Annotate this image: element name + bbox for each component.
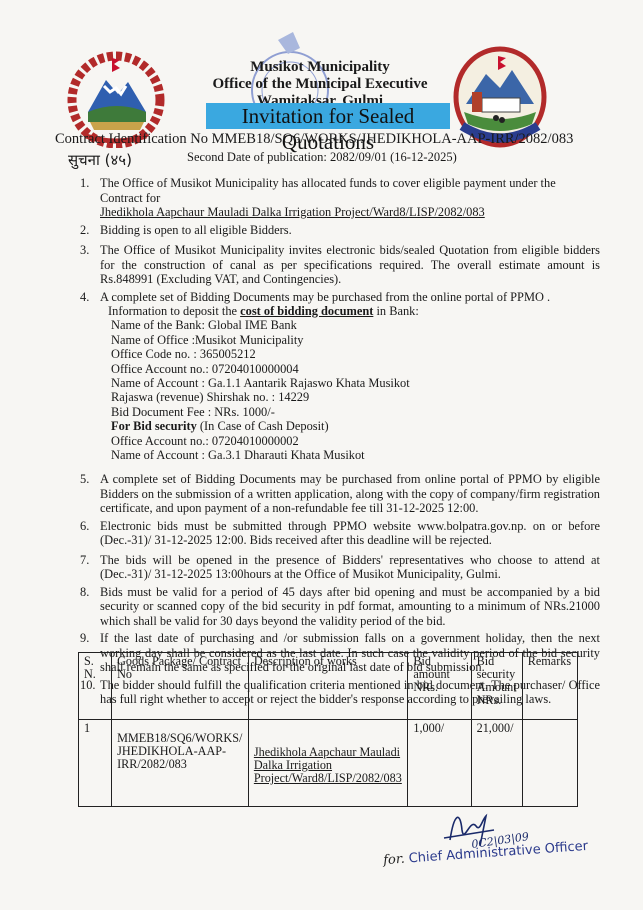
publication-date: Second Date of publication: 2082/09/01 (… <box>187 150 457 165</box>
list-item: 1. The Office of Musikot Municipality ha… <box>80 176 600 220</box>
org-name: Musikot Municipality <box>190 59 450 76</box>
document-page: Musikot Municipality Office of the Munic… <box>0 0 643 910</box>
bid-security-heading: For Bid security (In Case of Cash Deposi… <box>111 419 600 433</box>
bank-details: Information to deposit the cost of biddi… <box>100 304 600 462</box>
revenue-head: Rajaswa (revenue) Shirshak no. : 14229 <box>111 390 600 404</box>
office-name: Office of the Municipal Executive <box>190 76 450 93</box>
list-item: 7. The bids will be opened in the presen… <box>80 553 600 582</box>
list-item: 6. Electronic bids must be submitted thr… <box>80 519 600 548</box>
list-item: 2. Bidding is open to all eligible Bidde… <box>80 223 600 238</box>
bank-name: Name of the Bank: Global IME Bank <box>111 318 600 332</box>
bank-intro: Information to deposit the cost of biddi… <box>108 304 600 318</box>
office-account-no: Office Account no.: 07204010000004 <box>111 362 600 376</box>
project-name: Jhedikhola Aapchaur Mauladi Dalka Irriga… <box>100 205 485 219</box>
notice-number: सुचना (४५) <box>68 150 132 170</box>
security-account-name: Name of Account : Ga.3.1 Dharauti Khata … <box>111 448 600 462</box>
security-account-no: Office Account no.: 07204010000002 <box>111 434 600 448</box>
contract-identification: Contract Identification No MMEB18/SQ6/WO… <box>55 131 573 148</box>
bid-document-fee: Bid Document Fee : NRs. 1000/- <box>111 405 600 419</box>
office-code: Office Code no. : 365005212 <box>111 347 600 361</box>
table-row: 1 MMEB18/SQ6/WORKS/ JHEDIKHOLA-AAP-IRR/2… <box>79 720 578 807</box>
office-name-field: Name of Office :Musikot Municipality <box>111 333 600 347</box>
quotation-table: S. N. Goods Package/ Contract No Descrip… <box>78 652 578 807</box>
list-item: 3. The Office of Musikot Municipality in… <box>80 243 600 287</box>
terms-list: 1. The Office of Musikot Municipality ha… <box>80 176 600 710</box>
table-header-row: S. N. Goods Package/ Contract No Descrip… <box>79 653 578 720</box>
document-title-banner: Invitation for Sealed Quotations <box>206 103 450 129</box>
list-item: 5. A complete set of Bidding Documents m… <box>80 472 600 516</box>
list-item: 4. A complete set of Bidding Documents m… <box>80 290 600 463</box>
account-name: Name of Account : Ga.1.1 Aantarik Rajasw… <box>111 376 600 390</box>
list-item: 8. Bids must be valid for a period of 45… <box>80 585 600 629</box>
